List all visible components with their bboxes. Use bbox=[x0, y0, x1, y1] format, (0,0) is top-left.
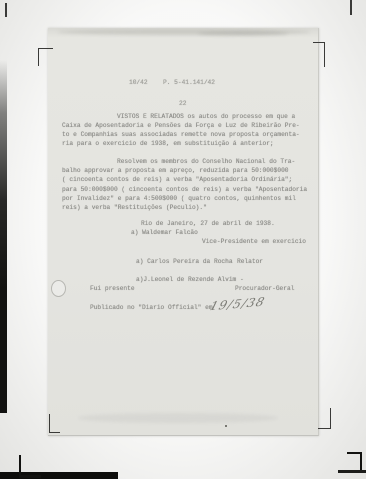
scan-smudge bbox=[198, 31, 288, 36]
document-page: 10/42 P. 5-41.141/42 22 VISTOS E RELATAD… bbox=[48, 28, 319, 436]
punch-hole bbox=[51, 280, 66, 297]
registration-corner-bottom-left bbox=[49, 432, 60, 433]
outer-corner-bottom-right bbox=[360, 452, 362, 470]
scan-smudge bbox=[78, 413, 278, 423]
doc-line: para 50:000$000 ( cincoenta contos de re… bbox=[62, 186, 307, 193]
doc-dateline: Rio de Janeiro, 27 de abril de 1938. bbox=[141, 220, 275, 227]
registration-corner-bottom-right bbox=[318, 428, 331, 429]
doc-line: Caixa de Aposentadoria e Pensões da Forç… bbox=[62, 122, 300, 129]
scan-speck bbox=[225, 425, 227, 427]
signature-procurador: a)J.Leonel de Rezende Alvim - bbox=[136, 276, 244, 283]
film-black-bottom-left bbox=[0, 472, 118, 479]
registration-corner-bottom-right bbox=[330, 408, 331, 429]
scanned-document-photo: 10/42 P. 5-41.141/42 22 VISTOS E RELATAD… bbox=[0, 0, 366, 479]
doc-line: VISTOS E RELATADOS os autos do processo … bbox=[117, 113, 295, 120]
doc-line: ria para o exercicio de 1938, em substit… bbox=[62, 140, 274, 147]
doc-line: to e Companhias suas associadas remette … bbox=[62, 131, 300, 138]
publication-line: Publicado no "Diario Official" em bbox=[90, 304, 213, 311]
registration-corner-top-left bbox=[38, 48, 53, 49]
signature-vice-president: a) Waldemar Falcão bbox=[131, 229, 198, 236]
film-black-bottom-right bbox=[338, 470, 366, 473]
outer-corner-bottom-left bbox=[19, 455, 21, 477]
registration-corner-top-left bbox=[38, 48, 39, 66]
doc-line: reis) a verba "Restituições (Peculio)." bbox=[62, 204, 207, 211]
registration-corner-top-right bbox=[324, 42, 325, 67]
doc-line: por Invalidez" e para 4:500$000 ( quatro… bbox=[62, 195, 296, 202]
signature-relator: a) Carlos Pereira da Rocha bbox=[136, 258, 233, 265]
handwritten-publication-date: 19/5/38 bbox=[208, 295, 267, 314]
top-left-tick bbox=[5, 3, 7, 17]
top-right-tick bbox=[350, 0, 352, 15]
doc-header-process-number: P. 5-41.141/42 bbox=[163, 79, 215, 86]
outer-corner-bottom-left bbox=[19, 475, 41, 478]
fui-presente-label: Fui presente bbox=[90, 285, 135, 292]
registration-corner-bottom-left bbox=[49, 414, 50, 433]
doc-header-number: 10/42 bbox=[129, 79, 148, 86]
film-edge-strip bbox=[0, 60, 7, 413]
signature-relator-role: Relator bbox=[237, 258, 263, 265]
signature-procurador-role: Procurador-Geral bbox=[235, 285, 294, 292]
doc-line: ( cincoenta contos de reis) a verba "Apo… bbox=[62, 176, 292, 183]
doc-line: balho approvar a proposta em apreço, red… bbox=[62, 167, 289, 174]
doc-page-number: 22 bbox=[179, 100, 186, 107]
signature-vice-president-role: Vice-Presidente em exercicio bbox=[202, 238, 306, 245]
doc-line: Resolvem os membros do Conselho Nacional… bbox=[117, 158, 295, 165]
